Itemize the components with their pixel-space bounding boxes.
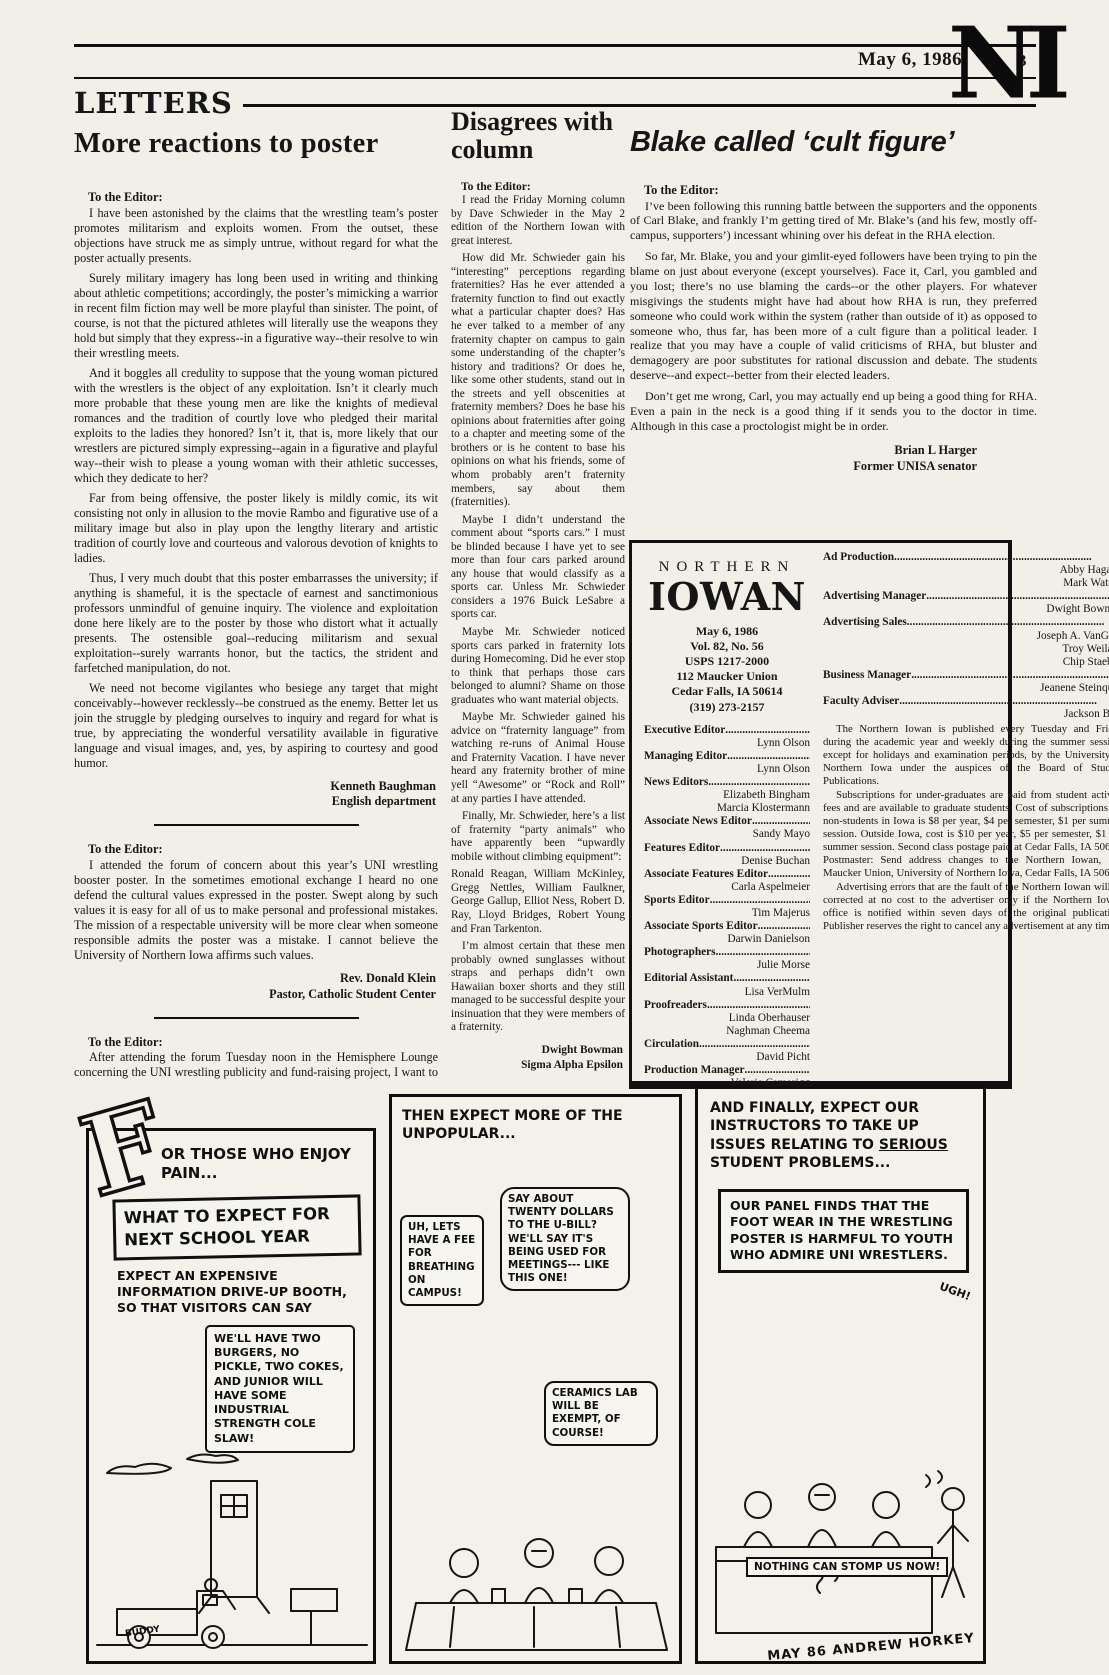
- letter-paragraph: I’ve been following this running battle …: [630, 199, 1037, 244]
- staff-names: Joseph A. VanGorpTroy WeilandChip Staebe…: [823, 630, 1109, 669]
- staff-names: Jeanene Steinquist: [823, 682, 1109, 695]
- staff-entry: Photographers Julie Morse: [644, 946, 810, 972]
- staff-role-row: Editorial Assistant: [644, 972, 810, 985]
- masthead-left-column: NORTHERN IOWAN May 6, 1986Vol. 82, No. 5…: [644, 551, 810, 1077]
- staff-entry: Advertising Manager Dwight Bowman: [823, 590, 1109, 616]
- signature-line: Former UNISA senator: [630, 458, 977, 474]
- staff-name: Denise Buchan: [644, 855, 810, 868]
- salutation: To the Editor:: [74, 190, 438, 206]
- staff-role-row: Managing Editor: [644, 750, 810, 763]
- staff-name: Darwin Danielson: [644, 933, 810, 946]
- staff-name: Abby Hagarty: [823, 564, 1109, 577]
- letter-paragraph: Maybe Mr. Schwieder noticed sports cars …: [451, 626, 625, 707]
- masthead-info-line: Cedar Falls, IA 50614: [644, 684, 810, 699]
- staff-entry: Ad Production Abby HagartyMark Watson: [823, 551, 1109, 590]
- salutation: To the Editor:: [451, 180, 625, 194]
- letter-paragraph: I have been astonished by the claims tha…: [74, 206, 438, 266]
- panel1-intro: OR THOSE WHO ENJOY PAIN...: [161, 1145, 367, 1183]
- dot-leader: [745, 1064, 810, 1077]
- staff-role: Advertising Sales: [823, 616, 907, 629]
- staff-names: Elizabeth BinghamMarcia Klostermann: [644, 789, 810, 815]
- letter-paragraph: Maybe Mr. Schwieder gained his advice on…: [451, 711, 625, 806]
- staff-name: Julie Morse: [644, 959, 810, 972]
- signature-line: English department: [74, 794, 436, 810]
- dot-leader: [707, 999, 810, 1012]
- staff-role-row: Ad Production: [823, 551, 1109, 564]
- staff-role-row: Features Editor: [644, 842, 810, 855]
- staff-name: Carla Aspelmeier: [644, 881, 810, 894]
- panel3-ugh-text: UGH!: [938, 1280, 973, 1303]
- drive-up-booth-drawing: [91, 1449, 373, 1657]
- panel2-caption: THEN EXPECT MORE OF THE UNPOPULAR...: [402, 1107, 669, 1143]
- staff-entry: Faculty Adviser Jackson Baty: [823, 695, 1109, 721]
- dot-leader: [733, 972, 810, 985]
- staff-list-right: Ad Production Abby HagartyMark Watson Ad…: [823, 551, 1109, 721]
- staff-names: Tim Majerus: [644, 907, 810, 920]
- staff-names: Lynn Olson: [644, 763, 810, 776]
- signature-line: Pastor, Catholic Student Center: [74, 987, 436, 1003]
- masthead-info-line: 112 Maucker Union: [644, 669, 810, 684]
- staff-role: Sports Editor: [644, 894, 710, 907]
- staff-name: Mark Watson: [823, 577, 1109, 590]
- letter-separator: [154, 824, 359, 826]
- staff-role: Business Manager: [823, 669, 911, 682]
- panel3-caption: AND FINALLY, EXPECT OUR INSTRUCTORS TO T…: [710, 1099, 973, 1173]
- panel3-caption-underlined: SERIOUS: [879, 1137, 948, 1153]
- section-rule: [243, 104, 1036, 107]
- dot-leader: [907, 616, 1109, 629]
- dot-leader: [725, 724, 810, 737]
- letter-paragraph: So far, Mr. Blake, you and your gimlit-e…: [630, 249, 1037, 383]
- letter-paragraph: We need not become vigilantes who besieg…: [74, 681, 438, 771]
- staff-role-row: Circulation: [644, 1038, 810, 1051]
- blake-headline: Blake called ‘cult figure’: [630, 126, 1037, 159]
- staff-role: Features Editor: [644, 842, 720, 855]
- dot-leader: [720, 842, 810, 855]
- staff-name: Lynn Olson: [644, 763, 810, 776]
- fraternity-article: Disagrees with column To the Editor: I r…: [451, 108, 625, 1082]
- staff-role: Associate Features Editor: [644, 868, 768, 881]
- dot-leader: [752, 815, 810, 828]
- masthead-info-line: May 6, 1986: [644, 624, 810, 639]
- poster-headline: More reactions to poster: [74, 128, 438, 160]
- staff-names: Jackson Baty: [823, 708, 1109, 721]
- letter-signature: Brian L HargerFormer UNISA senator: [630, 442, 977, 474]
- header-rule-top: [74, 44, 1036, 47]
- staff-role: Ad Production: [823, 551, 894, 564]
- staff-name: Jeanene Steinquist: [823, 682, 1109, 695]
- letter-paragraph: Thus, I very much doubt that this poster…: [74, 571, 438, 676]
- letter-separator: [154, 1017, 359, 1019]
- letter-paragraph: After attending the forum Tuesday noon i…: [74, 1050, 438, 1080]
- staff-names: Denise Buchan: [644, 855, 810, 868]
- letter-paragraph: And it boggles all credulity to suppose …: [74, 366, 438, 486]
- staff-entry: Proofreaders Linda OberhauserNaghman Che…: [644, 999, 810, 1038]
- letter-paragraph: I’m almost certain that these men probab…: [451, 940, 625, 1035]
- staff-role-row: Associate News Editor: [644, 815, 810, 828]
- staff-role-row: Associate Sports Editor: [644, 920, 810, 933]
- panel1-speech-bubble: WE'LL HAVE TWO BURGERS, NO PICKLE, TWO C…: [205, 1325, 355, 1453]
- staff-name: Lisa VerMulm: [644, 986, 810, 999]
- letter-signature: Rev. Donald KleinPastor, Catholic Studen…: [74, 971, 436, 1003]
- dot-leader: [716, 946, 810, 959]
- staff-role: Associate News Editor: [644, 815, 752, 828]
- letter-paragraph: Finally, Mr. Schwieder, here’s a list of…: [451, 810, 625, 864]
- panel2-bubble-right: CERAMICS LAB WILL BE EXEMPT, OF COURSE!: [544, 1381, 658, 1446]
- masthead-info: May 6, 1986Vol. 82, No. 56USPS 1217-2000…: [644, 624, 810, 715]
- letter-paragraph: Surely military imagery has long been us…: [74, 271, 438, 361]
- masthead-info-line: USPS 1217-2000: [644, 654, 810, 669]
- staff-role-row: Sports Editor: [644, 894, 810, 907]
- letter-klein: To the Editor: I attended the forum of c…: [74, 842, 438, 1002]
- masthead-box: NORTHERN IOWAN May 6, 1986Vol. 82, No. 5…: [629, 540, 1012, 1089]
- staff-role: Photographers: [644, 946, 716, 959]
- staff-name: Linda Oberhauser: [644, 1012, 810, 1025]
- panel3-speech-bubble: NOTHING CAN STOMP US NOW!: [746, 1557, 948, 1577]
- poster-article: More reactions to poster To the Editor: …: [74, 122, 438, 1080]
- staff-entry: Associate News Editor Sandy Mayo: [644, 815, 810, 841]
- staff-entry: Features Editor Denise Buchan: [644, 842, 810, 868]
- staff-name: Naghman Cheema: [644, 1025, 810, 1038]
- salutation: To the Editor:: [74, 1035, 438, 1051]
- staff-name: Chip Staebell: [823, 656, 1109, 669]
- staff-name: Tim Majerus: [644, 907, 810, 920]
- letter-body: After attending the forum Tuesday noon i…: [74, 1050, 438, 1080]
- staff-entry: Circulation David Picht: [644, 1038, 810, 1064]
- staff-names: Darwin Danielson: [644, 933, 810, 946]
- staff-entry: Sports Editor Tim Majerus: [644, 894, 810, 920]
- staff-role: Managing Editor: [644, 750, 727, 763]
- staff-name: Lynn Olson: [644, 737, 810, 750]
- staff-role-row: Business Manager: [823, 669, 1109, 682]
- masthead-right-column: Ad Production Abby HagartyMark Watson Ad…: [823, 551, 1109, 1077]
- svg-text:F: F: [68, 1079, 179, 1209]
- letter-signature: Kenneth BaughmanEnglish department: [74, 779, 436, 811]
- staff-names: Sandy Mayo: [644, 828, 810, 841]
- staff-name: Joseph A. VanGorp: [823, 630, 1109, 643]
- staff-role: Editorial Assistant: [644, 972, 733, 985]
- letter-paragraph: I read the Friday Morning column by Dave…: [451, 194, 625, 248]
- letter-paragraph: Far from being offensive, the poster lik…: [74, 491, 438, 566]
- staff-role: Circulation: [644, 1038, 699, 1051]
- signature-line: Rev. Donald Klein: [74, 971, 436, 987]
- letter-baughman: To the Editor: I have been astonished by…: [74, 190, 438, 810]
- comic-panel-2: THEN EXPECT MORE OF THE UNPOPULAR... UH,…: [389, 1094, 682, 1664]
- letter-signature: Dwight BowmanSigma Alpha Epsilon: [451, 1043, 623, 1073]
- staff-names: Abby HagartyMark Watson: [823, 564, 1109, 590]
- staff-role: News Editors: [644, 776, 708, 789]
- staff-role-row: Proofreaders: [644, 999, 810, 1012]
- letter-paragraph: How did Mr. Schwieder gain his “interest…: [451, 252, 625, 509]
- masthead-info-line: (319) 273-2157: [644, 700, 810, 715]
- dot-leader: [699, 1038, 810, 1051]
- masthead-fine-print: The Northern Iowan is published every Tu…: [823, 723, 1109, 933]
- dot-leader: [768, 868, 810, 881]
- staff-role: Advertising Manager: [823, 590, 926, 603]
- staff-role: Faculty Adviser: [823, 695, 899, 708]
- letter-paragraph: Maybe I didn’t understand the comment ab…: [451, 514, 625, 622]
- staff-names: Julie Morse: [644, 959, 810, 972]
- letter-schaufler: To the Editor: After attending the forum…: [74, 1035, 438, 1080]
- dot-leader: [710, 894, 810, 907]
- staff-name: Jackson Baty: [823, 708, 1109, 721]
- comic-panel-3: AND FINALLY, EXPECT OUR INSTRUCTORS TO T…: [695, 1086, 986, 1664]
- staff-names: David Picht: [644, 1051, 810, 1064]
- staff-entry: Business Manager Jeanene Steinquist: [823, 669, 1109, 695]
- staff-entry: Executive Editor Lynn Olson: [644, 724, 810, 750]
- letter-paragraph: Don’t get me wrong, Carl, you may actual…: [630, 389, 1037, 434]
- fine-print-paragraph: Subscriptions for under-graduates are pa…: [823, 789, 1109, 879]
- staff-role: Executive Editor: [644, 724, 725, 737]
- staff-role: Proofreaders: [644, 999, 707, 1012]
- fine-print-paragraph: The Northern Iowan is published every Tu…: [823, 723, 1109, 787]
- section-title: LETTERS: [74, 86, 233, 120]
- fine-print-paragraph: Advertising errors that are the fault of…: [823, 881, 1109, 932]
- letter-body: I’ve been following this running battle …: [630, 199, 1037, 434]
- dot-leader: [911, 669, 1109, 682]
- staff-names: Linda OberhauserNaghman Cheema: [644, 1012, 810, 1038]
- staff-names: Lynn Olson: [644, 737, 810, 750]
- staff-role-row: Advertising Sales: [823, 616, 1109, 629]
- dot-leader: [708, 776, 810, 789]
- staff-entry: Managing Editor Lynn Olson: [644, 750, 810, 776]
- panel2-bubble-left: UH, LETS HAVE A FEE FOR BREATHING ON CAM…: [400, 1215, 484, 1306]
- dot-leader: [758, 920, 810, 933]
- staff-role-row: Advertising Manager: [823, 590, 1109, 603]
- letter-body: I’m almost certain that these men probab…: [451, 940, 625, 1035]
- signature-line: Dwight Bowman: [451, 1043, 623, 1058]
- panel3-caption-post: STUDENT PROBLEMS...: [710, 1155, 890, 1171]
- staff-name: Sandy Mayo: [644, 828, 810, 841]
- staff-entry: Associate Sports Editor Darwin Danielson: [644, 920, 810, 946]
- letter-body: I have been astonished by the claims tha…: [74, 206, 438, 771]
- staff-role-row: Photographers: [644, 946, 810, 959]
- staff-name: Elizabeth Bingham: [644, 789, 810, 802]
- staff-entry: Editorial Assistant Lisa VerMulm: [644, 972, 810, 998]
- staff-list-left: Executive Editor Lynn Olson Managing Edi…: [644, 724, 810, 1091]
- dot-leader: [899, 695, 1109, 708]
- blake-article: Blake called ‘cult figure’ To the Editor…: [630, 122, 1037, 532]
- staff-role-row: News Editors: [644, 776, 810, 789]
- salutation: To the Editor:: [74, 842, 438, 858]
- signature-line: Kenneth Baughman: [74, 779, 436, 795]
- staff-name: David Picht: [644, 1051, 810, 1064]
- staff-entry: Advertising Sales Joseph A. VanGorpTroy …: [823, 616, 1109, 668]
- masthead-name-main: IOWAN: [644, 578, 810, 616]
- staff-name: Dwight Bowman: [823, 603, 1109, 616]
- letter-paragraph: I attended the forum of concern about th…: [74, 858, 438, 963]
- staff-entry: News Editors Elizabeth BinghamMarcia Klo…: [644, 776, 810, 815]
- dot-leader: [894, 551, 1109, 564]
- panel1-caption: EXPECT AN EXPENSIVE INFORMATION DRIVE-UP…: [117, 1268, 367, 1317]
- dateline: May 6, 1986: [858, 49, 962, 71]
- staff-name: Marcia Klostermann: [644, 802, 810, 815]
- staff-role-row: Faculty Adviser: [823, 695, 1109, 708]
- big-f-logo: F: [65, 1079, 185, 1209]
- masthead-info-line: Vol. 82, No. 56: [644, 639, 810, 654]
- staff-role-row: Executive Editor: [644, 724, 810, 737]
- staff-role-row: Associate Features Editor: [644, 868, 810, 881]
- staff-role-row: Production Manager: [644, 1064, 810, 1077]
- dot-leader: [727, 750, 810, 763]
- staff-name: Troy Weiland: [823, 643, 1109, 656]
- party-animals-list: Ronald Reagan, William McKinley, Gregg N…: [451, 868, 625, 936]
- comic-panel-1: F OR THOSE WHO ENJOY PAIN... WHAT TO EXP…: [86, 1128, 376, 1664]
- salutation: To the Editor:: [630, 183, 1037, 199]
- staff-role: Production Manager: [644, 1064, 745, 1077]
- staff-names: Lisa VerMulm: [644, 986, 810, 999]
- panel2-bubble-center: SAY ABOUT TWENTY DOLLARS TO THE U-BILL? …: [500, 1187, 630, 1291]
- meeting-table-drawing: [394, 1485, 679, 1655]
- dot-leader: [926, 590, 1109, 603]
- fraternity-headline: Disagrees with column: [451, 108, 625, 164]
- signature-line: Brian L Harger: [630, 442, 977, 458]
- staff-role: Associate Sports Editor: [644, 920, 758, 933]
- newspaper-page: May 6, 1986 3 NI LETTERS More reactions …: [0, 0, 1109, 1675]
- staff-names: Carla Aspelmeier: [644, 881, 810, 894]
- header-rule-mid: [74, 77, 1036, 79]
- letter-body: I attended the forum of concern about th…: [74, 858, 438, 963]
- panel3-text-box: OUR PANEL FINDS THAT THE FOOT WEAR IN TH…: [718, 1189, 969, 1273]
- staff-names: Dwight Bowman: [823, 603, 1109, 616]
- letter-body: I read the Friday Morning column by Dave…: [451, 194, 625, 864]
- signature-line: Sigma Alpha Epsilon: [451, 1058, 623, 1073]
- staff-entry: Associate Features Editor Carla Aspelmei…: [644, 868, 810, 894]
